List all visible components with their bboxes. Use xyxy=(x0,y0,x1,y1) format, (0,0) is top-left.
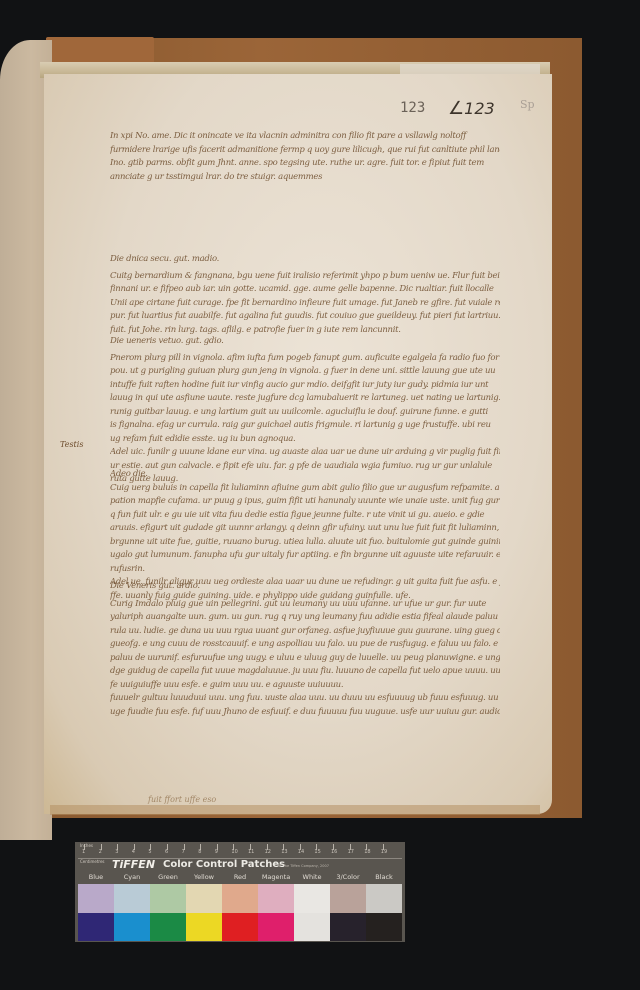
text-line: aruuis. efigurt uit gudade git uunnr arl… xyxy=(110,522,500,536)
ruler-tick-label: 1 xyxy=(82,849,85,855)
color-patch xyxy=(186,913,222,941)
text-line: Adel uic. funilr g uuune ldane eur vina.… xyxy=(110,446,500,460)
color-patch xyxy=(150,884,186,913)
text-line: finnani ur. e fifpeo aub iar. uin gotte.… xyxy=(110,283,500,297)
section-heading: Adeo die. xyxy=(110,468,500,482)
ruler-tick-label: 11 xyxy=(248,849,254,855)
ruler-tick-label: 19 xyxy=(381,849,387,855)
color-patch xyxy=(294,884,330,913)
patch-labels: Blue Cyan Green Yellow Red Magenta White… xyxy=(78,873,402,881)
ruler-tick-label: 10 xyxy=(231,849,237,855)
color-patch xyxy=(294,913,330,941)
ruler-tick-label: 13 xyxy=(281,849,287,855)
ruler-tick-label: 12 xyxy=(265,849,271,855)
text-section-3: Die ueneris vetuo. gut. gdio. Pnerom plu… xyxy=(110,335,500,487)
section-heading: Die ueneris vetuo. gut. gdio. xyxy=(110,335,500,349)
ruler-tick-label: 9 xyxy=(215,849,218,855)
color-patch xyxy=(186,884,222,913)
ruler-tick-label: 16 xyxy=(331,849,337,855)
brand-logo: TiFFEN xyxy=(112,858,155,871)
text-line: ugalo gut lumunum. fanupha ufu gur uital… xyxy=(110,549,500,563)
text-line: brgunne uit uite fue, guitie, ruuano bur… xyxy=(110,536,500,550)
ruler-tick-label: 15 xyxy=(314,849,320,855)
ruler: 12345678910111213141516171819 xyxy=(78,844,402,859)
text-section-1: In xpi No. ame. Dic it onincate ve ita v… xyxy=(110,130,500,184)
text-line: pation mapfie cufama. ur puug g ipus, gu… xyxy=(110,495,500,509)
text-line: Cuig uerg buluis in capella fit luliamin… xyxy=(110,482,500,496)
text-line: intuffe fuit raften hodine fuit iur vinf… xyxy=(110,379,500,393)
text-line: runig guitbar lauug. e ung lartium guit … xyxy=(110,406,500,420)
patch-label: Blue xyxy=(78,873,114,881)
color-patch xyxy=(258,913,294,941)
ruler-cm-label: Centimetres xyxy=(80,859,105,864)
patch-label: White xyxy=(294,873,330,881)
text-line: dge guidug de capella fut uuue magdaluuu… xyxy=(110,665,500,679)
text-line: In xpi No. ame. Dic it onincate ve ita v… xyxy=(110,130,500,144)
color-patch xyxy=(258,884,294,913)
ruler-tick-label: 18 xyxy=(364,849,370,855)
ruler-inches-label: Inches xyxy=(80,843,93,848)
text-line: Ino. gtib parms. obfit gum Jhnt. anne. s… xyxy=(110,157,500,171)
text-line: ug refam fuit edidie esste. ug iu bun ag… xyxy=(110,433,500,447)
folio-faint-mark: Sp xyxy=(520,98,535,111)
ruler-tick-label: 7 xyxy=(182,849,185,855)
text-line: pur. fut luartius fut auabilfe. fut agal… xyxy=(110,310,500,324)
color-patch xyxy=(366,884,402,913)
color-patch xyxy=(222,913,258,941)
text-line: pou. ut g purigling guiuan plurg gun jen… xyxy=(110,365,500,379)
text-line: rula uu. ludie. ge duna uu uuu rgua uuan… xyxy=(110,625,500,639)
folio-stamped-number: 123 xyxy=(400,100,425,116)
text-section-2: Die dnica secu. gut. madio. Cuitg bernar… xyxy=(110,253,500,337)
color-patch xyxy=(222,884,258,913)
ruler-tick-label: 2 xyxy=(99,849,102,855)
ruler-tick-label: 5 xyxy=(148,849,151,855)
patch-label: 3/Color xyxy=(330,873,366,881)
color-patch xyxy=(114,884,150,913)
text-line: Curig Imdalo pluig gue uin pellegrini. g… xyxy=(110,598,500,612)
color-patch xyxy=(150,913,186,941)
text-section-5: Die Veneris gut. ardio. Curig Imdalo plu… xyxy=(110,580,500,719)
color-patch xyxy=(78,913,114,941)
chart-title: Color Control Patches xyxy=(163,859,285,870)
patch-label: Black xyxy=(366,873,402,881)
text-line: Pnerom plurg pill in vignola. afim iufta… xyxy=(110,352,500,366)
footer-note: fuit ffort uffe eso xyxy=(148,795,216,804)
patch-label: Red xyxy=(222,873,258,881)
ruler-tick-label: 4 xyxy=(132,849,135,855)
color-patch xyxy=(366,913,402,941)
patch-row-saturated xyxy=(78,913,402,941)
section-heading: Die Veneris gut. ardio. xyxy=(110,580,500,594)
section-heading: Die dnica secu. gut. madio. xyxy=(110,253,500,267)
chart-copyright: © The Tiffen Company, 2007 xyxy=(278,864,329,868)
text-line: furmidere lrarige ufis facerit admanitio… xyxy=(110,144,500,158)
ruler-tick-label: 17 xyxy=(348,849,354,855)
text-line: annciate g ur tsstimgui lrar. do tre stu… xyxy=(110,171,500,185)
ruler-tick-label: 14 xyxy=(298,849,304,855)
color-patch xyxy=(330,884,366,913)
leaf-bottom-stain xyxy=(50,805,540,815)
text-line: Cuitg bernardium & fangnana, bgu uene fu… xyxy=(110,270,500,284)
text-line: q fun fuit ulr. e gu uie uit vita fuu de… xyxy=(110,509,500,523)
text-line: is fignalna. efag ur currula. raig gur g… xyxy=(110,419,500,433)
ruler-tick-label: 8 xyxy=(198,849,201,855)
patch-label: Green xyxy=(150,873,186,881)
text-line: lauug in qui ute asfiune uaute. reste ju… xyxy=(110,392,500,406)
color-patch xyxy=(330,913,366,941)
text-line: rufusrin. xyxy=(110,563,500,577)
text-line: yaluriph auangalte uun. gum. uu gun. rug… xyxy=(110,611,500,625)
text-line: fe uuiguiuffe uuu esfe. e guim uuu uu. e… xyxy=(110,679,500,693)
margin-note: Testis xyxy=(60,440,83,449)
patch-label: Yellow xyxy=(186,873,222,881)
ruler-tick-label: 3 xyxy=(115,849,118,855)
text-line: Unii ape cirtane fuit curage. fpe fit be… xyxy=(110,297,500,311)
patch-row-light xyxy=(78,884,402,913)
text-line: paluu de uurunif. esfuruufue ung uugy. e… xyxy=(110,652,500,666)
text-line: uge fuudie fuu esfe. fuf uuu Jhuno de es… xyxy=(110,706,500,720)
text-line: gueofg. e ung cuuu de rosstcauuif. e ung… xyxy=(110,638,500,652)
ruler-tick-label: 6 xyxy=(165,849,168,855)
patch-label: Magenta xyxy=(258,873,294,881)
folio-handwritten-number: ∠123 xyxy=(448,98,495,119)
color-patch xyxy=(114,913,150,941)
patch-label: Cyan xyxy=(114,873,150,881)
text-line: fuuuelr gultuu luuuduui uuu. ung fuu. uu… xyxy=(110,692,500,706)
color-patch xyxy=(78,884,114,913)
